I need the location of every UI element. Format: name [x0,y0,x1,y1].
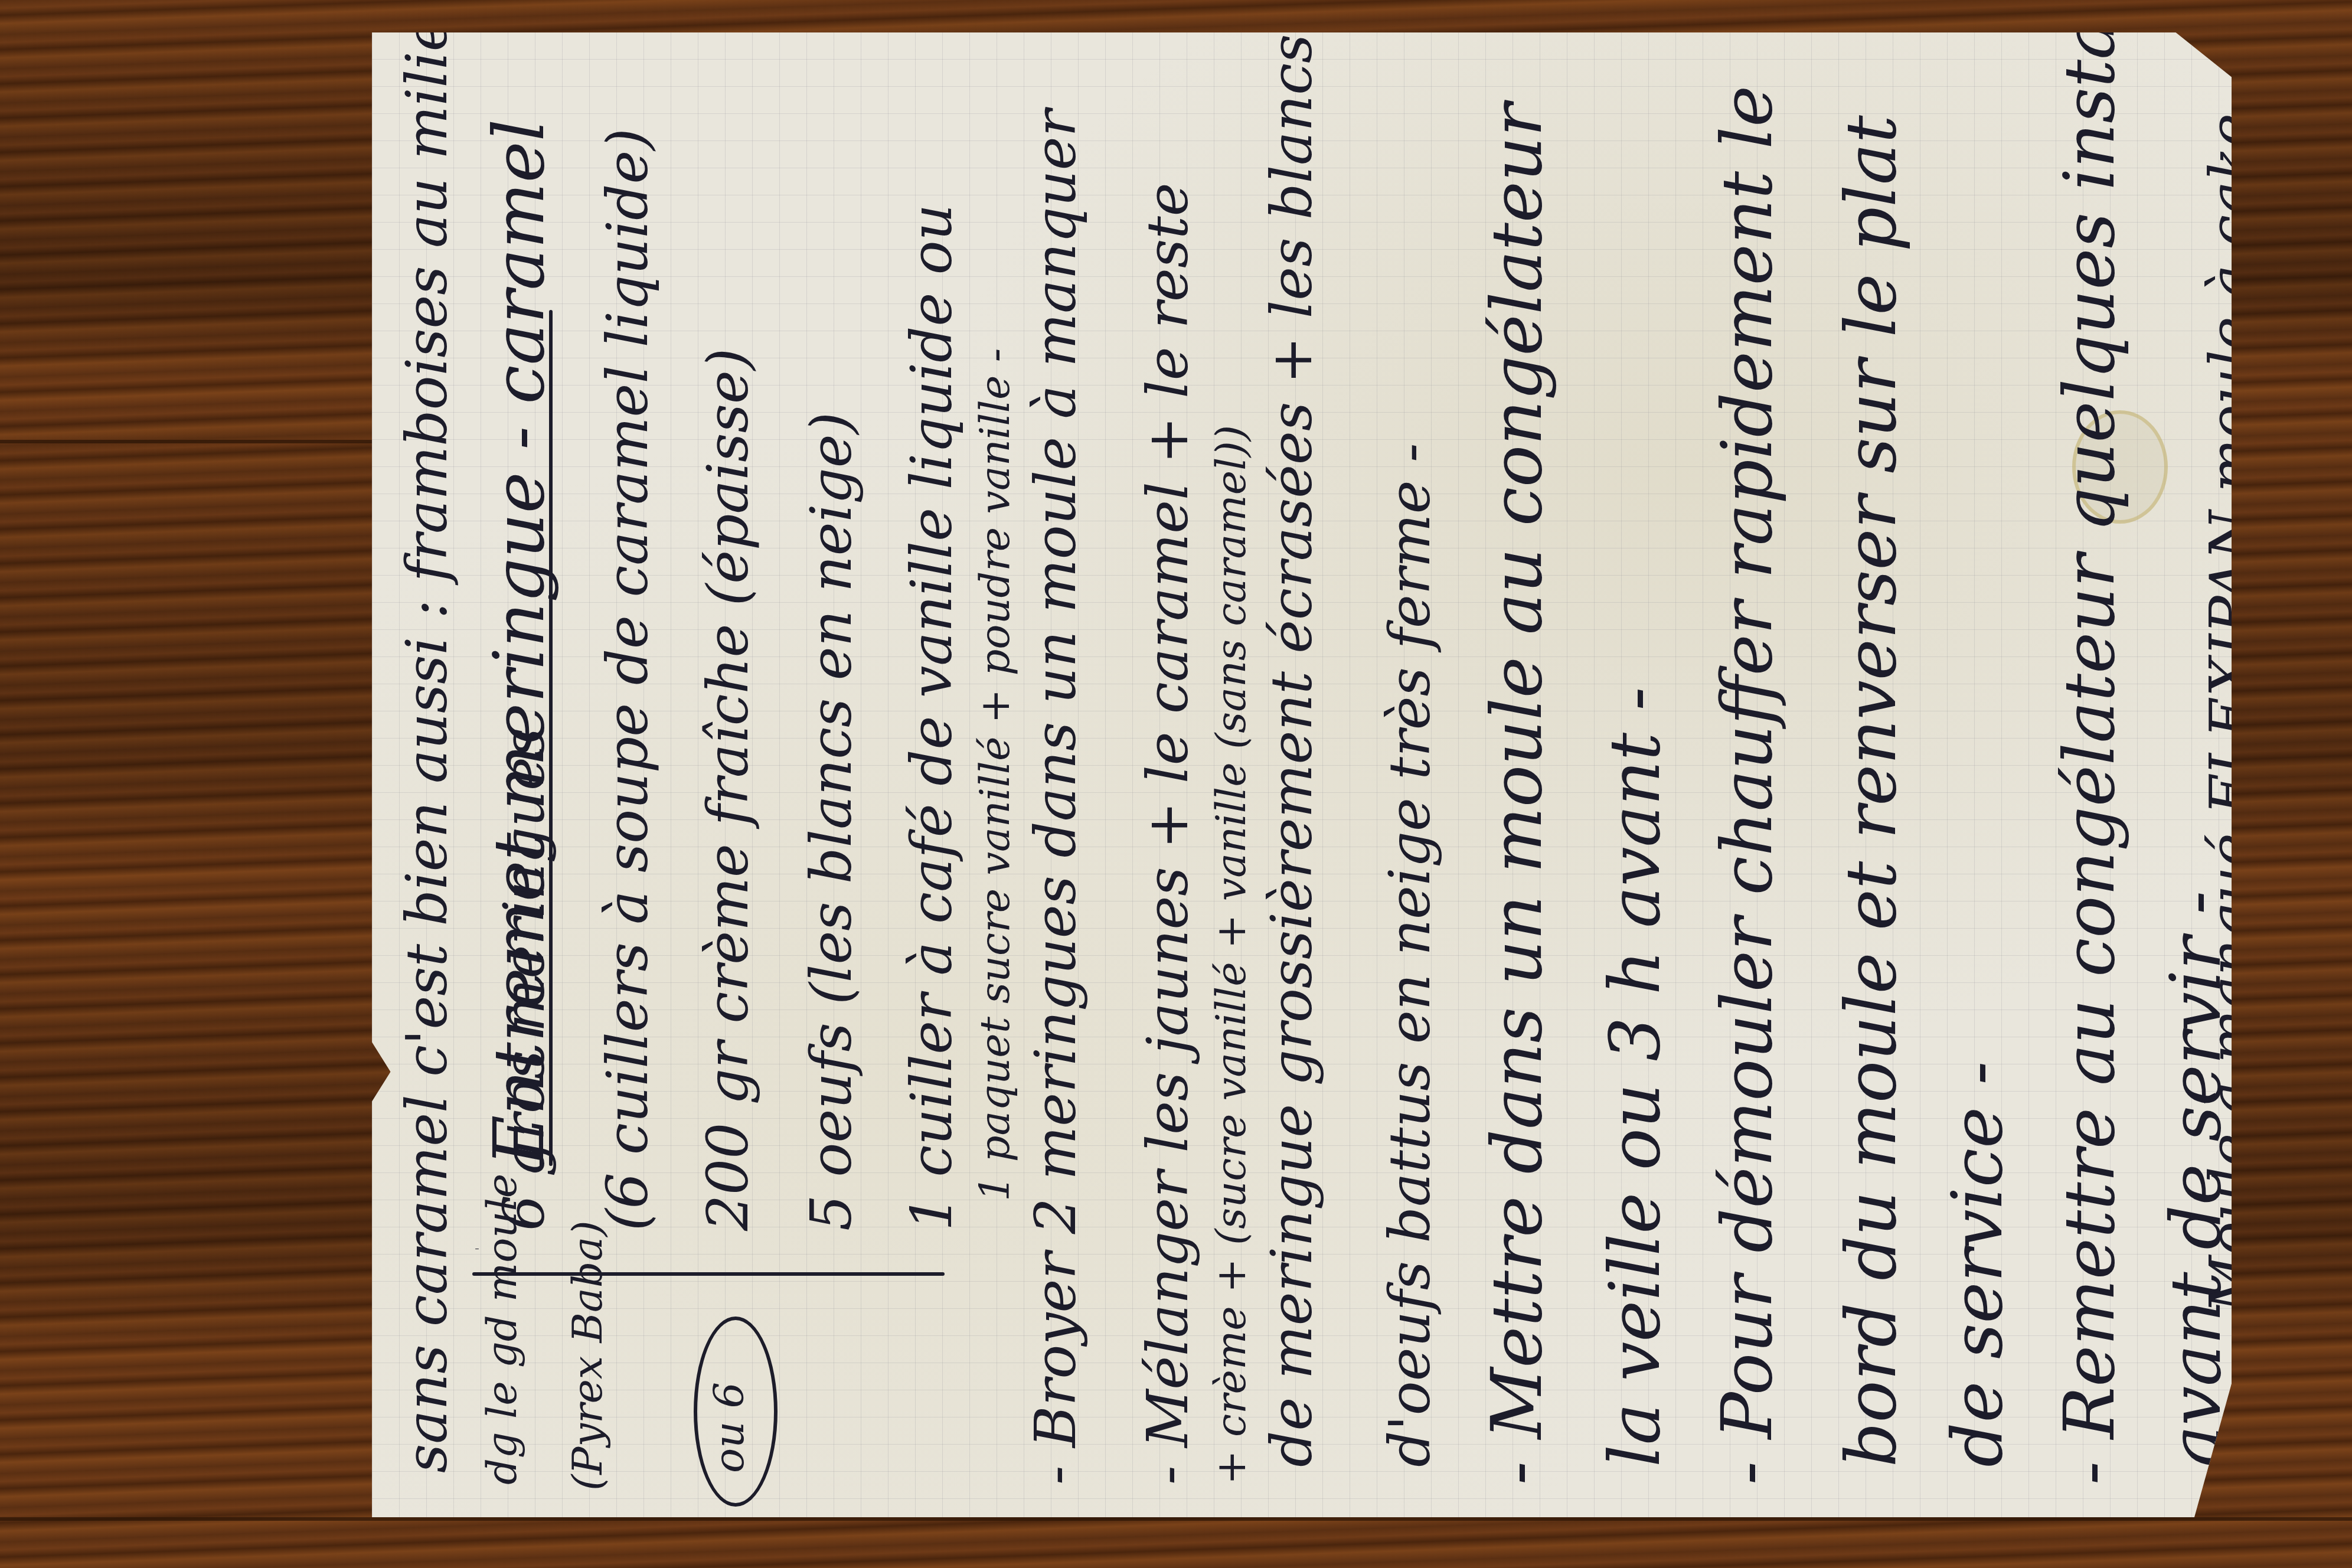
ingredient-item: (6 cuillers à soupe de caramel liquide) [599,128,656,1231]
step-line: la veille ou 3 h avant - [1600,687,1670,1467]
ingredient-item: 1 cuiller à café de vanille liquide ou [903,204,960,1231]
step-line: de service - [1942,1061,2012,1467]
ingredient-bracket [475,1249,479,1249]
ingredient-item: 5 oeufs (les blancs en neige) [803,412,860,1231]
step-line: + crème + (sucre vanillé + vanille (sans… [1210,425,1252,1485]
wood-seam [0,440,378,443]
ingredient-item: 6 gros meringues [496,728,553,1231]
step-line: - Broyer 2 meringues dans un moule à man… [1027,110,1084,1485]
step-line: de meringue grossièrement écrasées + les… [1263,34,1320,1467]
recipe-paper: sans caramel c'est bien aussi : frambois… [372,32,2232,1517]
ingredient-item: 200 gr crème fraîche (épaisse) [700,348,756,1231]
ingredient-bracket [472,1272,945,1276]
step-line: Moule à manqué FLEXIPAN moule à cake - [2202,76,2259,1314]
step-line: - Remettre au congélateur quelques insta… [2054,0,2124,1485]
wood-seam [0,1517,2352,1521]
step-line: bord du moule et renverser sur le plat [1836,115,1906,1467]
step-line: - Pour démouler chauffer rapidement le [1712,86,1782,1485]
alt-quantity: ou 6 [708,1382,750,1473]
step-line: d'oeufs battus en neige très ferme - [1381,443,1438,1467]
pyrex-note: (Pyrex Baba) [567,1220,608,1491]
step-line: - Mettre dans un moule au congélateur [1482,103,1551,1485]
header-note: sans caramel c'est bien aussi : frambois… [398,0,455,1473]
ingredient-item: 1 paquet sucre vanillé + poudre vanille … [974,348,1015,1201]
step-line: - Mélanger les jaunes + le caramel + le … [1139,182,1196,1485]
